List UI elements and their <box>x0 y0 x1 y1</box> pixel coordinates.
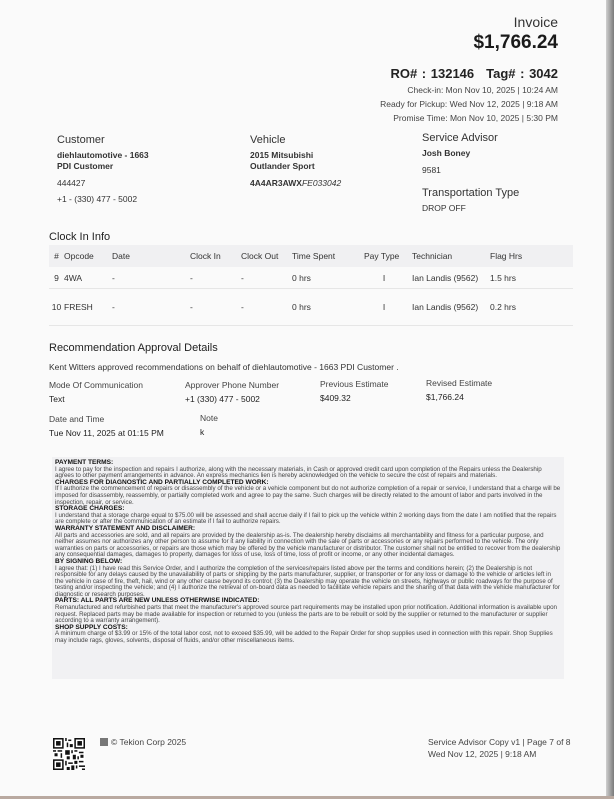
advisor-name: Josh Boney <box>422 148 519 159</box>
invoice-header: Invoice $1,766.24 RO# : 132146Tag# : 304… <box>380 14 558 123</box>
transport-title: Transportation Type <box>422 187 519 199</box>
cell-flag-hrs: 1.5 hrs <box>490 267 573 289</box>
advisor-id: 9581 <box>422 165 519 175</box>
revised-estimate-label: Revised Estimate <box>426 378 492 388</box>
vin-prefix: 4A4AR3AWX <box>250 178 302 188</box>
note-label: Note <box>200 413 218 423</box>
tekion-logo-icon <box>100 738 108 746</box>
ro-tag-line: RO# : 132146Tag# : 3042 <box>380 66 558 81</box>
terms-diagnostic: CHARGES FOR DIAGNOSTIC AND PARTIALLY COM… <box>55 480 561 506</box>
prev-estimate-label: Previous Estimate <box>320 379 389 389</box>
terms-payment: PAYMENT TERMS:I agree to pay for the ins… <box>55 460 561 480</box>
col-flag-hrs: Flag Hrs <box>490 245 573 267</box>
clock-in-table: # Opcode Date Clock In Clock Out Time Sp… <box>49 245 573 326</box>
cell-clock-in: - <box>190 267 241 289</box>
copy-page-info: Service Advisor Copy v1 | Page 7 of 8 <box>428 737 571 747</box>
tag-number: Tag# : 3042 <box>486 66 558 81</box>
copyright: © Tekion Corp 2025 <box>111 737 186 747</box>
col-num: # <box>49 245 64 267</box>
customer-id: 444427 <box>57 178 149 188</box>
prev-estimate-field: Previous Estimate $409.32 <box>320 379 389 403</box>
table-row: 10 FRESH - - - 0 hrs I Ian Landis (9562)… <box>49 289 573 326</box>
invoice-total: $1,766.24 <box>380 32 558 54</box>
terms-storage: STORAGE CHARGES:I understand that a stor… <box>55 506 561 526</box>
terms-signing: BY SIGNING BELOW:I agree that: (1) I hav… <box>55 559 561 599</box>
datetime-label: Date and Time <box>49 414 164 424</box>
terms-shop-supply: SHOP SUPPLY COSTS:A minimum charge of $3… <box>55 625 561 645</box>
cell-clock-in: - <box>190 289 241 326</box>
printed-timestamp: Wed Nov 12, 2025 | 9:18 AM <box>428 749 571 759</box>
vehicle-line-1: 2015 Mitsubishi <box>250 150 341 161</box>
customer-name-1: diehlautomotive - 1663 <box>57 150 149 161</box>
advisor-block: Service Advisor Josh Boney 9581 Transpor… <box>422 132 519 213</box>
footer-brand: © Tekion Corp 2025 <box>100 737 186 747</box>
note-value: k <box>200 427 218 437</box>
ro-number: RO# : 132146 <box>390 66 474 81</box>
footer-meta: Service Advisor Copy v1 | Page 7 of 8 We… <box>428 737 571 759</box>
note-field: Note k <box>200 413 218 437</box>
customer-block: Customer diehlautomotive - 1663 PDI Cust… <box>57 134 149 204</box>
mode-label: Mode Of Communication <box>49 380 143 390</box>
cell-clock-out: - <box>241 289 292 326</box>
table-row: 9 4WA - - - 0 hrs I Ian Landis (9562) 1.… <box>49 267 573 289</box>
qr-code-icon <box>53 738 85 770</box>
phone-field: Approver Phone Number +1 (330) 477 - 500… <box>185 380 279 404</box>
cell-date: - <box>112 289 190 326</box>
table-header-row: # Opcode Date Clock In Clock Out Time Sp… <box>49 245 573 267</box>
terms-parts: PARTS: ALL PARTS ARE NEW UNLESS OTHERWIS… <box>55 598 561 624</box>
phone-label: Approver Phone Number <box>185 380 279 390</box>
cell-date: - <box>112 267 190 289</box>
col-clock-in: Clock In <box>190 245 241 267</box>
col-opcode: Opcode <box>64 245 112 267</box>
cell-opcode: FRESH <box>64 289 112 326</box>
scan-edge <box>606 0 614 799</box>
revised-estimate-field: Revised Estimate $1,766.24 <box>426 378 492 402</box>
promise-time: Promise Time: Mon Nov 10, 2025 | 5:30 PM <box>380 113 558 123</box>
vehicle-block: Vehicle 2015 Mitsubishi Outlander Sport … <box>250 134 341 189</box>
datetime-field: Date and Time Tue Nov 11, 2025 at 01:15 … <box>49 414 164 438</box>
col-date: Date <box>112 245 190 267</box>
col-pay-type: Pay Type <box>364 245 412 267</box>
cell-flag-hrs: 0.2 hrs <box>490 289 573 326</box>
col-clock-out: Clock Out <box>241 245 292 267</box>
mode-field: Mode Of Communication Text <box>49 380 143 404</box>
col-time-spent: Time Spent <box>292 245 364 267</box>
transport-value: DROP OFF <box>422 203 519 213</box>
vehicle-title: Vehicle <box>250 134 341 146</box>
phone-value: +1 (330) 477 - 5002 <box>185 394 279 404</box>
clock-in-title: Clock In Info <box>49 231 110 243</box>
customer-phone: +1 - (330) 477 - 5002 <box>57 194 149 204</box>
cell-time-spent: 0 hrs <box>292 267 364 289</box>
cell-technician: Ian Landis (9562) <box>412 267 490 289</box>
check-in: Check-in: Mon Nov 10, 2025 | 10:24 AM <box>380 85 558 95</box>
cell-num: 10 <box>49 289 64 326</box>
approval-title: Recommendation Approval Details <box>49 342 218 354</box>
cell-time-spent: 0 hrs <box>292 289 364 326</box>
invoice-page: Invoice $1,766.24 RO# : 132146Tag# : 304… <box>0 0 606 799</box>
cell-pay-type: I <box>364 267 412 289</box>
datetime-value: Tue Nov 11, 2025 at 01:15 PM <box>49 428 164 438</box>
cell-pay-type: I <box>364 289 412 326</box>
col-technician: Technician <box>412 245 490 267</box>
cell-clock-out: - <box>241 267 292 289</box>
revised-estimate-value: $1,766.24 <box>426 392 492 402</box>
cell-technician: Ian Landis (9562) <box>412 289 490 326</box>
terms-and-conditions: PAYMENT TERMS:I agree to pay for the ins… <box>52 457 564 679</box>
terms-warranty: WARRANTY STATEMENT AND DISCLAIMER:All pa… <box>55 526 561 559</box>
doc-title: Invoice <box>380 14 558 30</box>
customer-title: Customer <box>57 134 149 146</box>
vin-suffix: FE033042 <box>302 178 341 188</box>
prev-estimate-value: $409.32 <box>320 393 389 403</box>
mode-value: Text <box>49 394 143 404</box>
advisor-title: Service Advisor <box>422 132 519 144</box>
vehicle-vin: 4A4AR3AWXFE033042 <box>250 178 341 189</box>
cell-opcode: 4WA <box>64 267 112 289</box>
ready-for-pickup: Ready for Pickup: Wed Nov 12, 2025 | 9:1… <box>380 99 558 109</box>
cell-num: 9 <box>49 267 64 289</box>
vehicle-line-2: Outlander Sport <box>250 161 341 172</box>
customer-name-2: PDI Customer <box>57 161 149 172</box>
approval-summary: Kent Witters approved recommendations on… <box>49 362 399 372</box>
